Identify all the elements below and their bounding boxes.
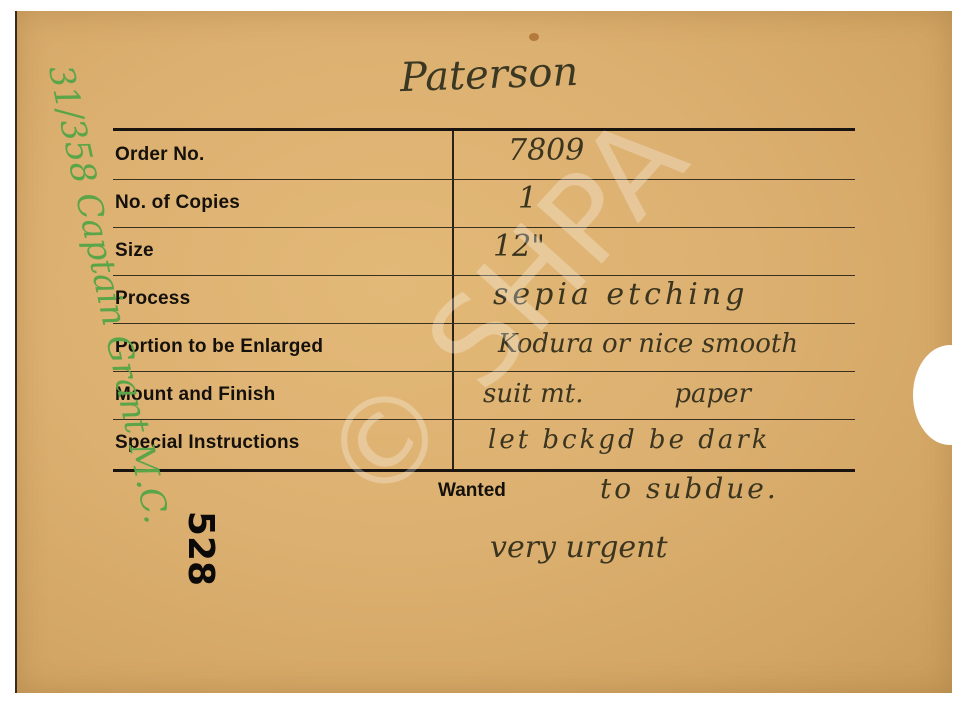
label-copies: No. of Copies — [115, 192, 240, 214]
row-process: Process sepia etching — [113, 275, 855, 324]
label-portion: Portion to be Enlarged — [115, 336, 323, 358]
label-order-no: Order No. — [115, 144, 204, 166]
order-form-table: Order No. 7809 No. of Copies 1 Size 12" … — [113, 128, 855, 472]
value-mount: suit mt. paper — [483, 379, 751, 409]
value-copies: 1 — [518, 181, 537, 216]
row-copies: No. of Copies 1 — [113, 179, 855, 228]
stain — [529, 33, 539, 41]
value-special: let bckgd be dark — [488, 425, 771, 455]
margin-number: 528 — [180, 511, 221, 586]
client-name: Paterson — [399, 49, 579, 101]
value-process: sepia etching — [493, 277, 748, 312]
label-wanted: Wanted — [438, 480, 506, 502]
value-wanted-line2: very urgent — [490, 530, 668, 565]
value-size: 12" — [493, 229, 545, 264]
row-special: Special Instructions let bckgd be dark — [113, 419, 855, 467]
row-mount: Mount and Finish suit mt. paper — [113, 371, 855, 420]
value-portion: Kodura or nice smooth — [498, 329, 798, 359]
row-size: Size 12" — [113, 227, 855, 276]
value-wanted-line1: to subdue. — [600, 472, 779, 505]
value-order-no: 7809 — [508, 133, 584, 168]
row-order-no: Order No. 7809 — [113, 131, 855, 180]
row-portion: Portion to be Enlarged Kodura or nice sm… — [113, 323, 855, 372]
